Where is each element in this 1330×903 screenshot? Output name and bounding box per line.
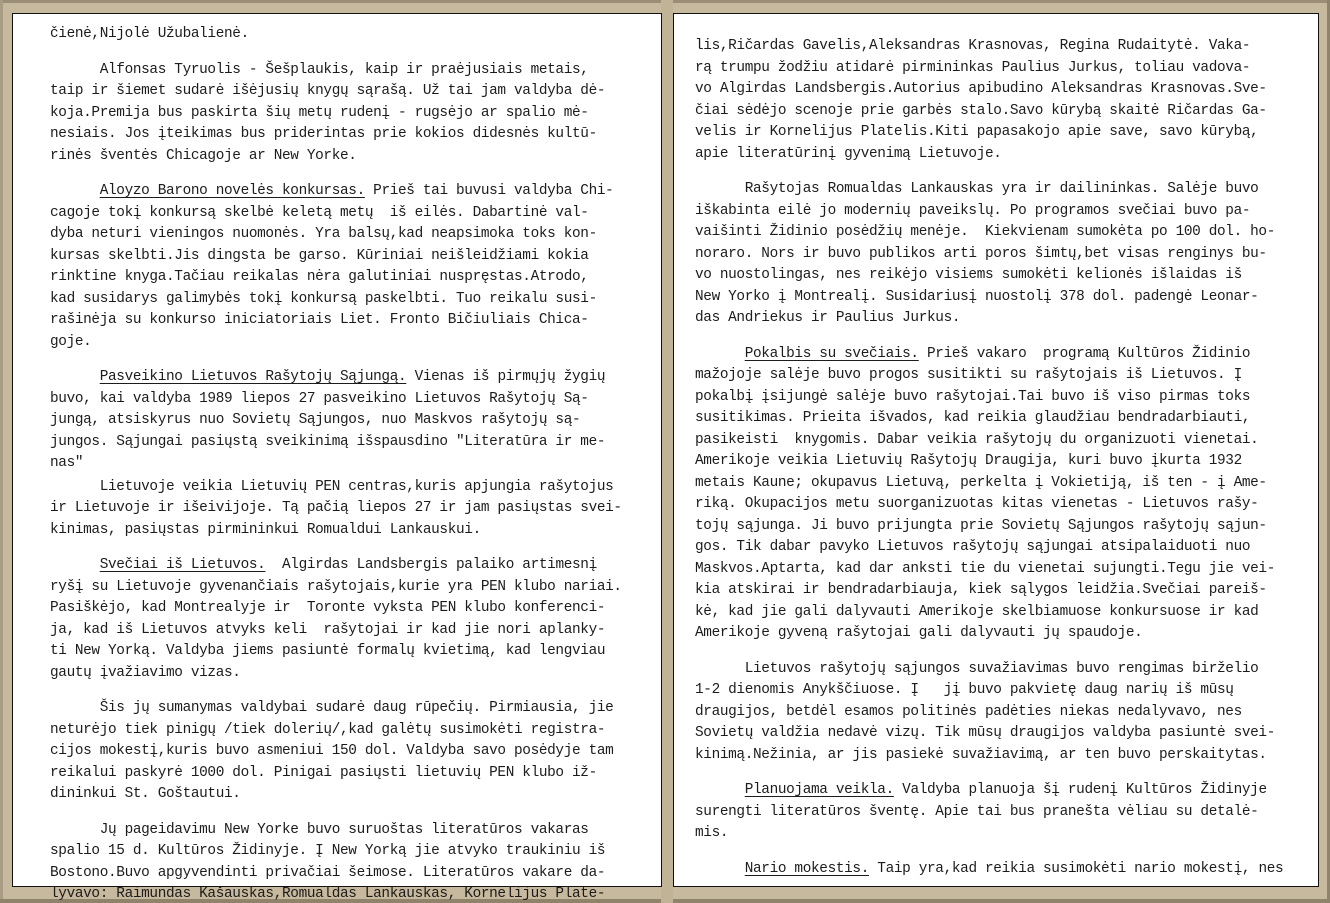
section-heading: Nario mokestis. xyxy=(745,861,869,877)
text-line: noraro. Nors ir buvo publikos arti poros… xyxy=(695,244,1304,266)
text-line: pasikeisti knygomis. Dabar veikia rašyto… xyxy=(695,430,1304,452)
heading-line: Aloyzo Barono novelės konkursas. Prieš t… xyxy=(50,181,645,203)
text-line: Jų pageidavimu New Yorke buvo suruoštas … xyxy=(50,820,645,842)
left-page: čienė,Nijolė Užubalienė. Alfonsas Tyruol… xyxy=(12,13,662,887)
text-line: lyvavo: Raimundas Kašauskas,Romualdas La… xyxy=(50,884,645,903)
text-line: ryšį su Lietuvoje gyvenančiais rašytojai… xyxy=(50,577,645,599)
text-line: dyba neturi vieningos nuomonės. Yra bals… xyxy=(50,224,645,246)
section-heading: Svečiai iš Lietuvos. xyxy=(100,557,266,573)
text-line: Šis jų sumanymas valdybai sudarė daug rū… xyxy=(50,698,645,720)
text-line: cijos mokestį,kuris buvo asmeniui 150 do… xyxy=(50,741,645,763)
text-line: Bostono.Buvo apgyvendinti privačiai šeim… xyxy=(50,863,645,885)
text-line: ti New Yorką. Valdyba jiems pasiuntė for… xyxy=(50,641,645,663)
paragraph: Alfonsas Tyruolis - Šešplaukis, kaip ir … xyxy=(50,60,645,168)
text-line: nesiais. Jos įteikimas bus priderintas p… xyxy=(50,124,645,146)
text-line: Pasiškėjo, kad Montrealyje ir Toronte vy… xyxy=(50,598,645,620)
text-line: 1-2 dienomis Anykščiuose. Į jį buvo pakv… xyxy=(695,680,1304,702)
heading-line: Pokalbis su svečiais. Prieš vakaro progr… xyxy=(695,344,1304,366)
right-page: lis,Ričardas Gavelis,Aleksandras Krasnov… xyxy=(673,13,1319,887)
text-line: pokalbį įsijungė salėje buvo rašytojai.T… xyxy=(695,387,1304,409)
text-line: velis ir Kornelijus Platelis.Kiti papasa… xyxy=(695,122,1304,144)
text-line: vo Algirdas Landsbergis.Autorius apibudi… xyxy=(695,79,1304,101)
frame-left-edge xyxy=(0,0,3,903)
section-heading: Pasveikino Lietuvos Rašytojų Sąjungą. xyxy=(100,369,407,385)
section-heading: Aloyzo Barono novelės konkursas. xyxy=(100,183,365,199)
text-line: koja.Premija bus paskirta šių metų ruden… xyxy=(50,103,645,125)
heading-line: Planuojama veikla. Valdyba planuoja šį r… xyxy=(695,780,1304,802)
text-line: lis,Ričardas Gavelis,Aleksandras Krasnov… xyxy=(695,36,1304,58)
section-heading: Planuojama veikla. xyxy=(745,782,894,798)
text-line: buvo, kai valdyba 1989 liepos 27 pasveik… xyxy=(50,389,645,411)
text-line: dininkui St. Goštautui. xyxy=(50,784,645,806)
text-line: susitikimas. Prieita išvados, kad reikia… xyxy=(695,408,1304,430)
section-paragraph: Pokalbis su svečiais. Prieš vakaro progr… xyxy=(695,344,1304,645)
text-line: jungos. Sąjungai pasiųstą sveikinimą išs… xyxy=(50,432,645,454)
text-line: ja, kad iš Lietuvos atvyks keli rašytoja… xyxy=(50,620,645,642)
text-line: Sovietų valdžia nedavė vizų. Tik mūsų dr… xyxy=(695,723,1304,745)
text-line: Lietuvoje veikia Lietuvių PEN centras,ku… xyxy=(50,477,645,499)
text-line: kia atskirai ir bendradarbiauja, kiek są… xyxy=(695,580,1304,602)
text-line: New Yorko į Montrealį. Susidariusį nuost… xyxy=(695,287,1304,309)
heading-line: Nario mokestis. Taip yra,kad reikia susi… xyxy=(695,859,1304,881)
text-line: iškabinta eilė jo modernių paveikslų. Po… xyxy=(695,201,1304,223)
section-paragraph: Svečiai iš Lietuvos. Algirdas Landsbergi… xyxy=(50,555,645,684)
text-line: riką. Okupacijos metu suorganizuotas kit… xyxy=(695,494,1304,516)
text-line: ir Lietuvoje ir išeivijoje. Tą pačią lie… xyxy=(50,498,645,520)
text-line: Alfonsas Tyruolis - Šešplaukis, kaip ir … xyxy=(50,60,645,82)
text-line: rą trumpu žodžiu atidarė pirmininkas Pau… xyxy=(695,58,1304,80)
paragraph: lis,Ričardas Gavelis,Aleksandras Krasnov… xyxy=(695,36,1304,165)
section-paragraph: Aloyzo Barono novelės konkursas. Prieš t… xyxy=(50,181,645,353)
text-line: nas" xyxy=(50,453,645,475)
heading-line: Pasveikino Lietuvos Rašytojų Sąjungą. Vi… xyxy=(50,367,645,389)
text-line: rašinėja su konkurso iniciatoriais Liet.… xyxy=(50,310,645,332)
text-line: vo nuostolingas, nes reikėjo visiems sum… xyxy=(695,265,1304,287)
text-line: rinės šventės Chicagoje ar New Yorke. xyxy=(50,146,645,168)
section-heading: Pokalbis su svečiais. xyxy=(745,346,919,362)
paragraph: Lietuvoje veikia Lietuvių PEN centras,ku… xyxy=(50,477,645,542)
heading-line: Svečiai iš Lietuvos. Algirdas Landsbergi… xyxy=(50,555,645,577)
text-line: das Andriekus ir Paulius Jurkus. xyxy=(695,308,1304,330)
paragraph: Rašytojas Romualdas Lankauskas yra ir da… xyxy=(695,179,1304,330)
text-line: Lietuvos rašytojų sąjungos suvažiavimas … xyxy=(695,659,1304,681)
text-line: kursas skelbti.Jis dingsta be garso. Kūr… xyxy=(50,246,645,268)
text-line: tojų sąjunga. Ji buvo prijungta prie Sov… xyxy=(695,516,1304,538)
text-line: vaišinti Židinio posėdžių menėje. Kiekvi… xyxy=(695,222,1304,244)
page-gutter xyxy=(661,0,673,903)
text-line: cagoje tokį konkursą skelbė keletą metų … xyxy=(50,203,645,225)
text-line: jungą, atsiskyrus nuo Sovietų Sąjungos, … xyxy=(50,410,645,432)
text-line: rinktine knyga.Tačiau reikalas nėra galu… xyxy=(50,267,645,289)
paragraph: čienė,Nijolė Užubalienė. xyxy=(50,24,645,46)
text-line: čienė,Nijolė Užubalienė. xyxy=(50,24,645,46)
text-line: čiai sėdėjo scenoje prie garbės stalo.Sa… xyxy=(695,101,1304,123)
text-line: taip ir šiemet sudarė išėjusių knygų sąr… xyxy=(50,81,645,103)
paragraph: Lietuvos rašytojų sąjungos suvažiavimas … xyxy=(695,659,1304,767)
text-line: Amerikoje veikia Lietuvių Rašytojų Draug… xyxy=(695,451,1304,473)
paragraph: Jų pageidavimu New Yorke buvo suruoštas … xyxy=(50,820,645,903)
text-line: apie literatūrinį gyvenimą Lietuvoje. xyxy=(695,144,1304,166)
heading-line-rest: Taip yra,kad reikia susimokėti nario mok… xyxy=(869,861,1283,877)
heading-line-rest: Prieš tai buvusi valdyba Chi- xyxy=(365,183,614,199)
heading-line-rest: Valdyba planuoja šį rudenį Kultūros Židi… xyxy=(894,782,1267,798)
text-line: kė, kad jie gali dalyvauti Amerikoje ske… xyxy=(695,602,1304,624)
text-line: reikalui paskyrė 1000 dol. Pinigai pasių… xyxy=(50,763,645,785)
text-line: neturėjo tiek pinigų /tiek dolerių/,kad … xyxy=(50,720,645,742)
text-line: mis. xyxy=(695,823,1304,845)
section-paragraph: Planuojama veikla. Valdyba planuoja šį r… xyxy=(695,780,1304,845)
text-line: Amerikoje gyveną rašytojai gali dalyvaut… xyxy=(695,623,1304,645)
text-line: spalio 15 d. Kultūros Židinyje. Į New Yo… xyxy=(50,841,645,863)
text-line: kinimą.Nežinia, ar jis pasiekė suvažiavi… xyxy=(695,745,1304,767)
paragraph: Šis jų sumanymas valdybai sudarė daug rū… xyxy=(50,698,645,806)
section-paragraph: Nario mokestis. Taip yra,kad reikia susi… xyxy=(695,859,1304,881)
heading-line-rest: Vienas iš pirmųjų žygių xyxy=(406,369,605,385)
section-paragraph: Pasveikino Lietuvos Rašytojų Sąjungą. Vi… xyxy=(50,367,645,475)
heading-line-rest: Prieš vakaro programą Kultūros Židinio xyxy=(919,346,1250,362)
text-line: kinimas, pasiųstas pirmininkui Romualdui… xyxy=(50,520,645,542)
text-line: surengti literatūros šventę. Apie tai bu… xyxy=(695,802,1304,824)
text-line: kad susidarys galimybės tokį konkursą pa… xyxy=(50,289,645,311)
text-line: metais Kaune; okupavus Lietuvą, perkelta… xyxy=(695,473,1304,495)
text-line: goje. xyxy=(50,332,645,354)
text-line: gos. Tik dabar pavyko Lietuvos rašytojų … xyxy=(695,537,1304,559)
text-line: Rašytojas Romualdas Lankauskas yra ir da… xyxy=(695,179,1304,201)
text-line: gautų įvažiavimo vizas. xyxy=(50,663,645,685)
text-line: draugijos, betdėl esamos politinės padėt… xyxy=(695,702,1304,724)
text-line: Maskvos.Aptarta, kad dar anksti tie du v… xyxy=(695,559,1304,581)
text-line: mažojoje salėje buvo progos susitikti su… xyxy=(695,365,1304,387)
heading-line-rest: Algirdas Landsbergis palaiko artimesnį xyxy=(265,557,596,573)
